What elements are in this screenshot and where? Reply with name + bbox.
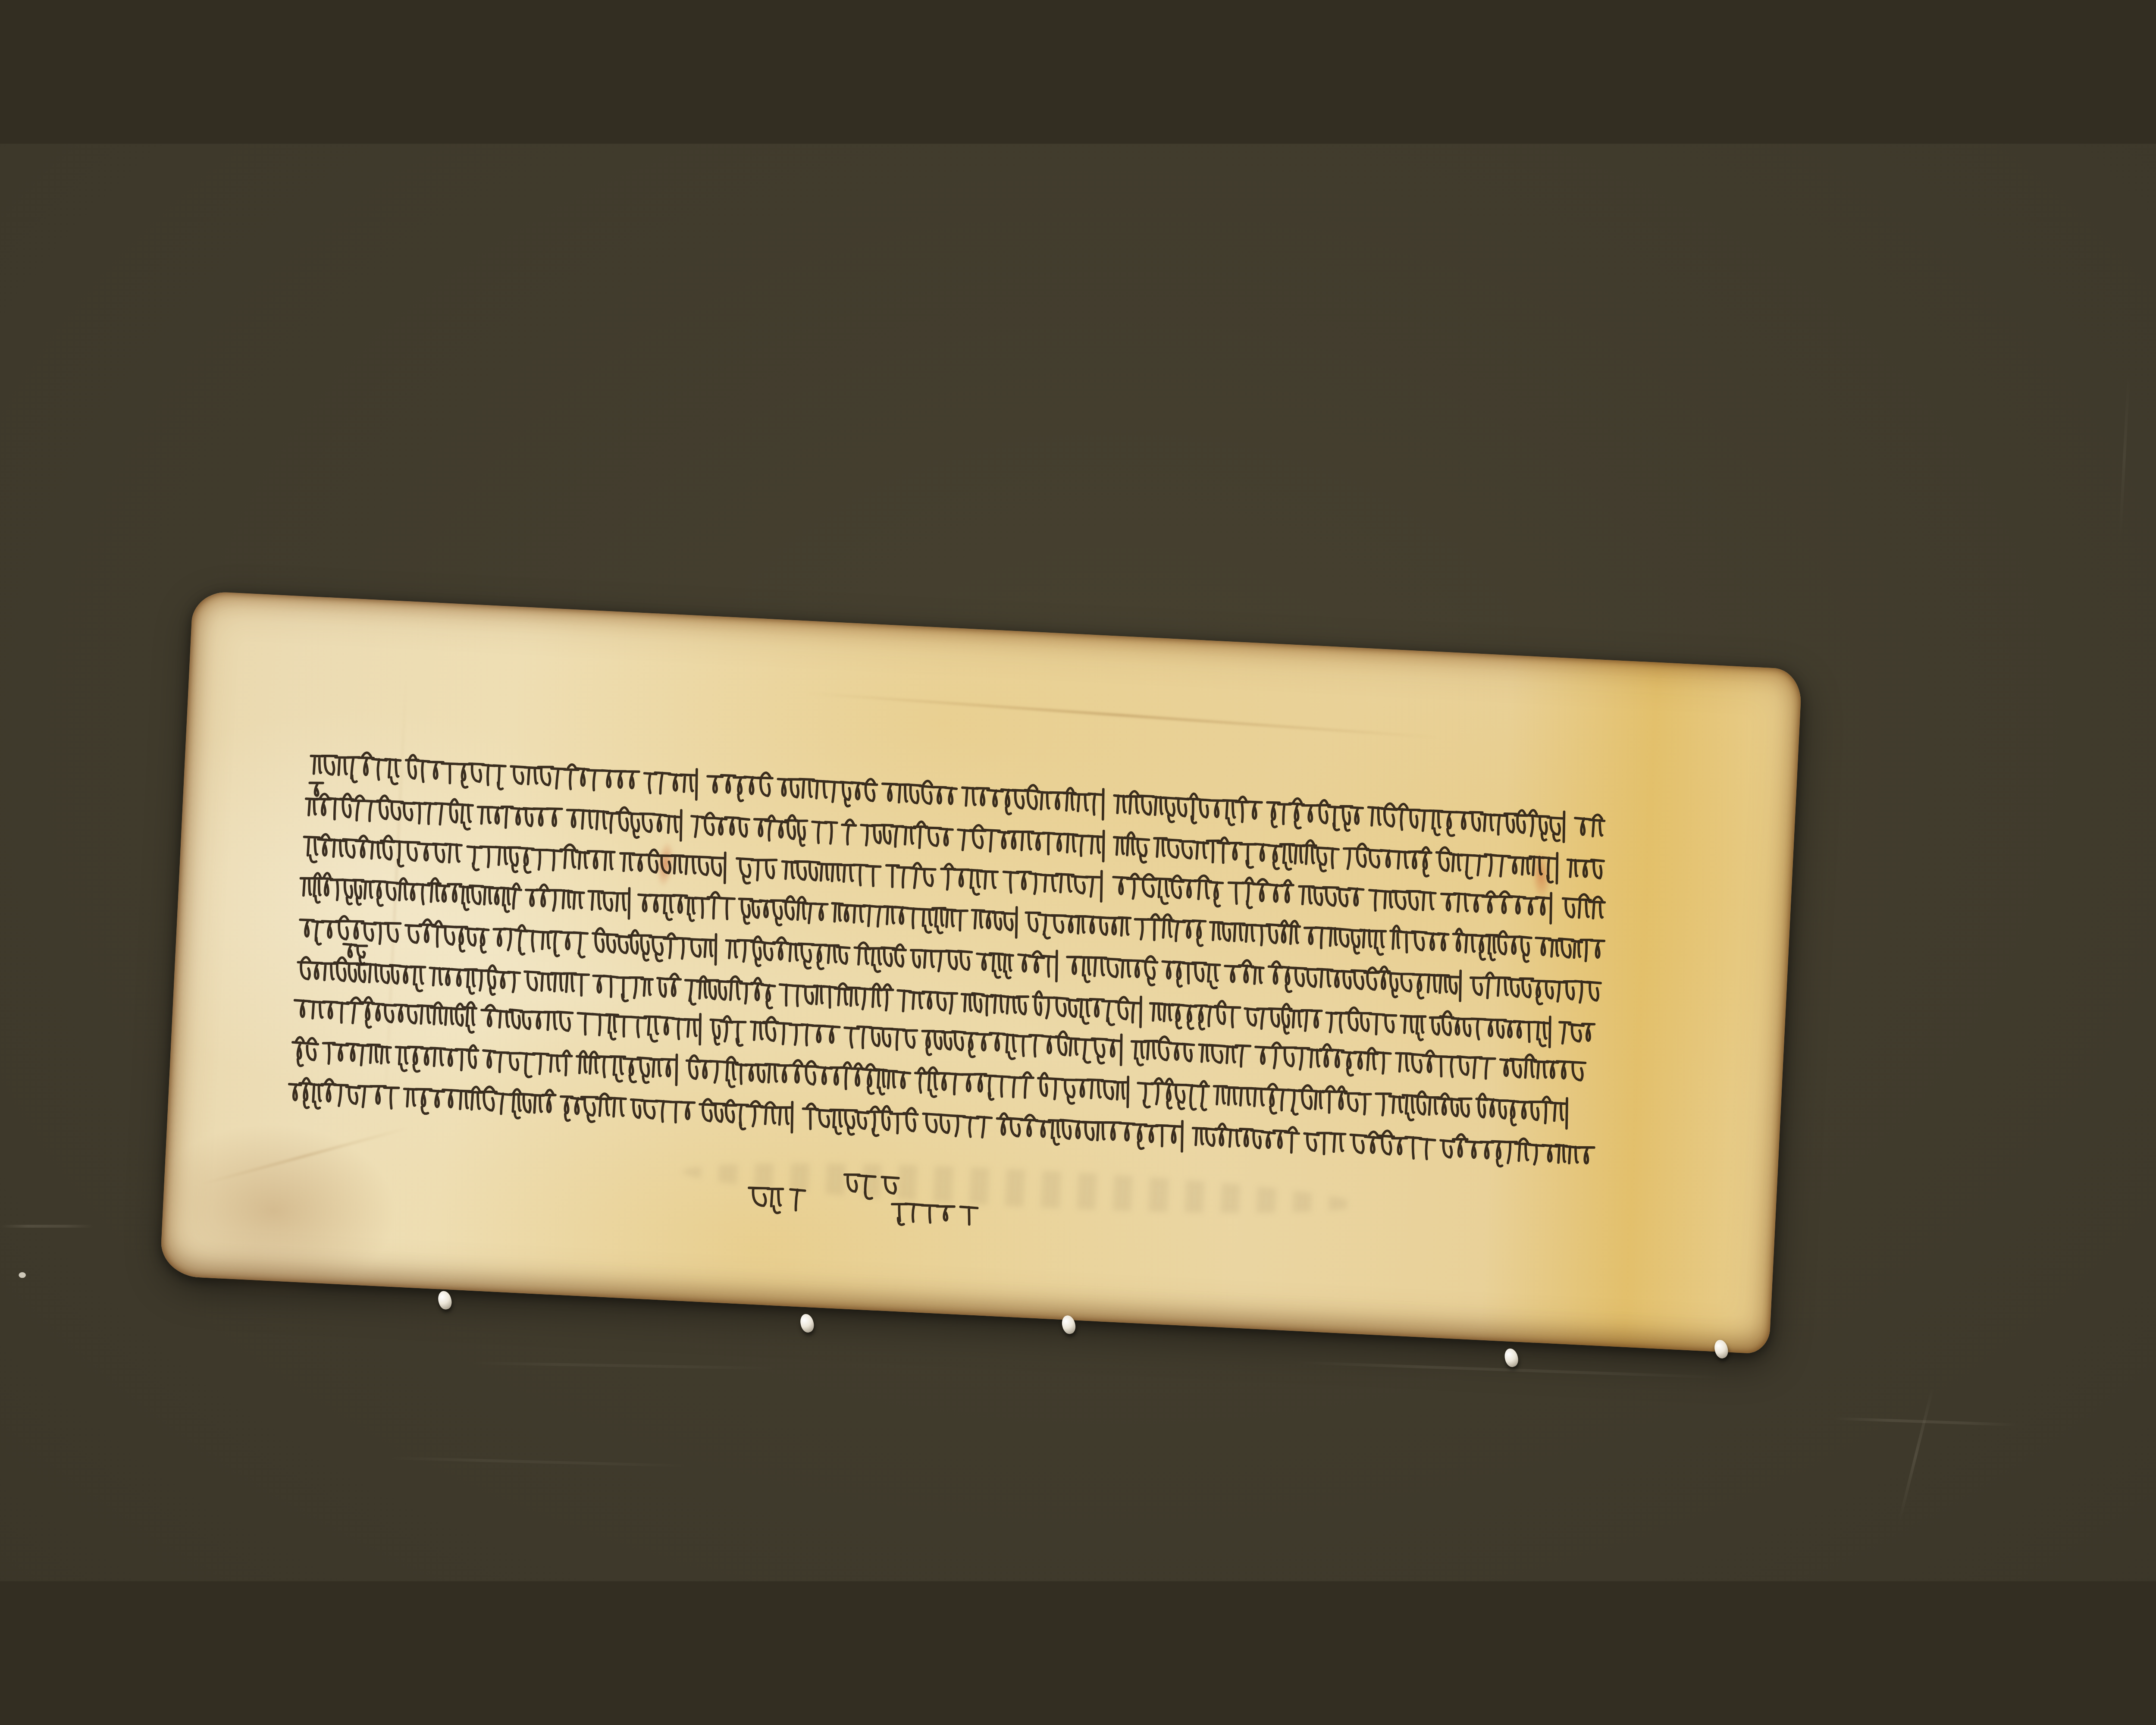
manuscript-page: মুখত্রং মহাবাহুং দুঃশাসনবথং প্রত। হবিতং …: [160, 591, 1802, 1355]
dust-speck: [19, 1272, 26, 1278]
interlinear-insertion: ম: [307, 778, 336, 802]
scratch-mark: [0, 1225, 94, 1228]
folio-mark-content: শ্রা ২: [888, 1195, 950, 1238]
folio-mark: যে ৪: [745, 1176, 819, 1228]
insertion-content: মু: [340, 939, 373, 963]
interlinear-insertion: মু: [340, 939, 373, 963]
folio-mark-content: যে ৪: [745, 1176, 819, 1228]
folio-mark: শ্রা ২: [888, 1195, 950, 1238]
crease-line: [807, 692, 1438, 739]
insertion-content: ম: [307, 778, 336, 802]
photo-stage: মুখত্রং মহাবাহুং দুঃশাসনবথং প্রত। হবিতং …: [0, 144, 2156, 1581]
